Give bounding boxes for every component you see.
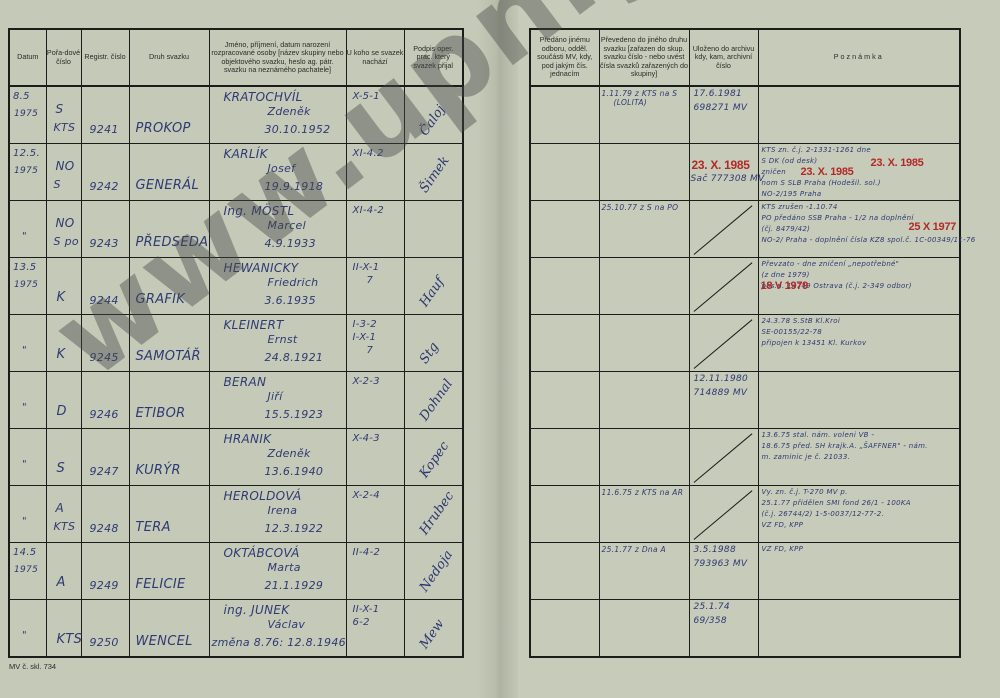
poznamka-line: (čj. 8479/42) <box>762 225 811 233</box>
poradove-value: K <box>57 290 66 305</box>
registr-value: 9242 <box>90 180 119 193</box>
prevedeno-value: 25.10.77 z S na PO <box>602 203 679 212</box>
cell-prevedeno: 11.6.75 z KTS na AR <box>599 486 689 543</box>
poradove-value: D <box>57 404 67 419</box>
cell-predano <box>530 86 599 144</box>
poznamka-line: Vy. zn. č.j. T-270 MV p. <box>762 488 848 496</box>
cell-poradove-cislo: KTS <box>46 600 81 658</box>
u-koho-value: I-3-2 <box>353 319 377 330</box>
cell-podpis: Šimek <box>404 144 463 201</box>
cell-datum: 8.51975 <box>9 86 46 144</box>
cell-predano <box>530 372 599 429</box>
u-koho-value: II-X-1 <box>353 604 380 615</box>
archive-value: 714889 MV <box>694 388 748 398</box>
druh-value: TERA <box>136 520 171 535</box>
cell-podpis: Čaloj <box>404 86 463 144</box>
signature: Šimek <box>416 154 452 196</box>
registr-value: 9244 <box>90 294 119 307</box>
archive-value: 12.11.1980 <box>694 374 749 384</box>
poradove-bottom: KTS <box>54 121 76 134</box>
signature: Nedoja <box>416 548 455 595</box>
datum-ditto: " <box>22 231 27 242</box>
cell-poradove-cislo: SKTS <box>46 86 81 144</box>
jmeno-firstname: Václav <box>268 618 306 631</box>
cell-druh-svazku: KURÝR <box>129 429 209 486</box>
registr-value: 9245 <box>90 351 119 364</box>
cell-poradove-cislo: D <box>46 372 81 429</box>
poznamka-line: 18.6.75 před. SH krajk.A. „ŠAFFNER" - ná… <box>762 442 928 450</box>
cell-predano <box>530 258 599 315</box>
poradove-value: A <box>57 575 66 590</box>
table-row: 25.10.77 z S na POKTS zrušen -1.10.74PO … <box>530 201 960 258</box>
cell-druh-svazku: GRAFIK <box>129 258 209 315</box>
cell-predano <box>530 486 599 543</box>
cell-datum: " <box>9 486 46 543</box>
jmeno-surname: KRATOCHVÍL <box>224 90 303 104</box>
poradove-bottom: KTS <box>54 520 76 533</box>
cell-druh-svazku: WENCEL <box>129 600 209 658</box>
poznamka-line: PO předáno SSB Praha - 1/2 na doplnění <box>762 214 914 222</box>
table-row: 11.6.75 z KTS na ARVy. zn. č.j. T-270 MV… <box>530 486 960 543</box>
archive-value: 17.6.1981 <box>694 89 743 99</box>
cell-datum: " <box>9 201 46 258</box>
cell-u-koho: XI-4.2 <box>346 144 404 201</box>
cell-poznamka: VZ FD, KPP <box>758 543 960 600</box>
jmeno-surname: KLEINERT <box>224 318 284 332</box>
u-koho-value: XI-4-2 <box>353 205 385 216</box>
cell-datum: 12.5.1975 <box>9 144 46 201</box>
druh-value: ETIBOR <box>136 406 186 421</box>
poznamka-line: (z dne 1979) <box>762 271 810 279</box>
poradove-bottom: S <box>54 178 61 191</box>
cell-u-koho: X-4-3 <box>346 429 404 486</box>
u-koho-value: II-X-1 <box>353 262 380 273</box>
col-header-podpis: Podpis oper. prac. který svazek přijal <box>404 29 463 86</box>
cell-u-koho: X-5-1 <box>346 86 404 144</box>
poznamka-line: KTS zn. č.j. 2-1331-1261 dne <box>762 146 872 154</box>
jmeno-firstname: Zdeněk <box>268 105 311 118</box>
jmeno-birthdate: změna 8.76: 12.8.1946 <box>212 636 346 649</box>
cell-predano <box>530 201 599 258</box>
u-koho-value: XI-4.2 <box>353 148 384 159</box>
cell-podpis: Stg <box>404 315 463 372</box>
col-header-prevedeno: Převedeno do jiného druhu svazku [zařaze… <box>599 29 689 86</box>
cell-registr-cislo: 9249 <box>81 543 129 600</box>
registr-value: 9248 <box>90 522 119 535</box>
jmeno-birthdate: 30.10.1952 <box>265 123 331 136</box>
datum-ditto: " <box>22 630 27 641</box>
cell-druh-svazku: PŘEDSEDA <box>129 201 209 258</box>
poradove-top: NO <box>56 216 75 230</box>
druh-value: FELICIE <box>136 577 186 592</box>
jmeno-firstname: Friedrich <box>268 276 319 289</box>
jmeno-surname: HRANIK <box>224 432 272 446</box>
cell-u-koho: II-4-2 <box>346 543 404 600</box>
received-date-stamp: 25 X 1977 <box>909 221 956 233</box>
u-koho-value: X-2-4 <box>353 490 380 501</box>
cell-podpis: Kopec <box>404 429 463 486</box>
jmeno-birthdate: 19.9.1918 <box>265 180 324 193</box>
cell-prevedeno <box>599 372 689 429</box>
cell-registr-cislo: 9246 <box>81 372 129 429</box>
cell-registr-cislo: 9241 <box>81 86 129 144</box>
druh-value: GRAFIK <box>136 292 186 307</box>
cell-jmeno: KRATOCHVÍLZdeněk30.10.1952 <box>209 86 346 144</box>
cell-prevedeno <box>599 258 689 315</box>
u-koho-value: 7 <box>367 345 374 356</box>
col-header-poradove-cislo: Pořa-dové číslo <box>46 29 81 86</box>
jmeno-birthdate: 21.1.1929 <box>265 579 324 592</box>
cell-ulozeno <box>689 258 758 315</box>
cell-u-koho: X-2-4 <box>346 486 404 543</box>
jmeno-birthdate: 4.9.1933 <box>265 237 316 250</box>
jmeno-surname: HEWANICKY <box>224 261 299 275</box>
signature: Dohnal <box>416 377 455 424</box>
strike-slash <box>693 262 752 312</box>
table-row: "AKTS9248TERAHEROLDOVÁIrena12.3.1922X-2-… <box>9 486 463 543</box>
poradove-bottom: S po <box>54 235 79 248</box>
cell-poradove-cislo: AKTS <box>46 486 81 543</box>
cell-ulozeno: 25.1.7469/358 <box>689 600 758 658</box>
archive-value: 698271 MV <box>694 103 748 113</box>
cell-podpis: Dohnal <box>404 372 463 429</box>
datum-year: 1975 <box>14 166 38 176</box>
table-row: 1.11.79 z KTS na S(LOLITA)17.6.198169827… <box>530 86 960 144</box>
poznamka-line: (č.j. 26744/2) 1-5-0037/12-77-2. <box>762 510 885 518</box>
cell-ulozeno <box>689 315 758 372</box>
table-row: 12.5.1975NOS9242GENERÁLKARLÍKJosef19.9.1… <box>9 144 463 201</box>
form-code: MV č. skl. 734 <box>9 662 56 671</box>
cell-jmeno: Ing. MÖSTLMarcel4.9.1933 <box>209 201 346 258</box>
cell-ulozeno <box>689 201 758 258</box>
table-row: "D9246ETIBORBERANJiří15.5.1923X-2-3Dohna… <box>9 372 463 429</box>
table-row: "NOS po9243PŘEDSEDAIng. MÖSTLMarcel4.9.1… <box>9 201 463 258</box>
druh-value: WENCEL <box>136 634 193 649</box>
druh-value: KURÝR <box>136 463 181 478</box>
registr-value: 9250 <box>90 636 119 649</box>
datum-ditto: " <box>22 516 27 527</box>
poradove-top: A <box>56 501 65 515</box>
datum-ditto: " <box>22 345 27 356</box>
poznamka-line: NO-2/ Praha - doplnění čísla KZ8 spol.č.… <box>762 236 976 244</box>
received-date-stamp: 18 V 1979 <box>761 280 808 292</box>
jmeno-birthdate: 12.3.1922 <box>265 522 324 535</box>
signature: Hrubec <box>416 489 457 538</box>
registry-table-right: Předáno jinému odboru, odděl. součásti M… <box>529 28 961 658</box>
table-row: 13.51975K9244GRAFIKHEWANICKYFriedrich3.6… <box>9 258 463 315</box>
jmeno-firstname: Josef <box>268 162 296 175</box>
prevedeno-value: 11.6.75 z KTS na AR <box>602 488 684 497</box>
cell-podpis <box>404 201 463 258</box>
poznamka-line: VZ FD, KPP <box>762 521 804 529</box>
poznamka-footer: NO-2/195 Praha <box>762 190 822 198</box>
cell-jmeno: OKTÁBCOVÁMarta21.1.1929 <box>209 543 346 600</box>
cell-u-koho: II-X-17 <box>346 258 404 315</box>
cell-predano <box>530 429 599 486</box>
cell-podpis: Hrubec <box>404 486 463 543</box>
poznamka-line: 24.3.78 S.StB Kl.Kroi <box>762 317 841 325</box>
col-header-druh-svazku: Druh svazku <box>129 29 209 86</box>
cell-poznamka: 13.6.75 stal. nám. voleni VB -18.6.75 př… <box>758 429 960 486</box>
cell-druh-svazku: TERA <box>129 486 209 543</box>
jmeno-surname: ing. JUNEK <box>224 603 290 617</box>
table-row: 24.3.78 S.StB Kl.KroiSE-00155/22-78připo… <box>530 315 960 372</box>
cell-druh-svazku: GENERÁL <box>129 144 209 201</box>
cell-ulozeno <box>689 486 758 543</box>
cell-datum: 13.51975 <box>9 258 46 315</box>
poradove-top: S <box>56 102 64 116</box>
cell-poznamka <box>758 86 960 144</box>
cell-prevedeno <box>599 144 689 201</box>
u-koho-value: X-2-3 <box>353 376 380 387</box>
cell-datum: " <box>9 429 46 486</box>
jmeno-surname: HEROLDOVÁ <box>224 489 302 503</box>
cell-ulozeno: 17.6.1981698271 MV <box>689 86 758 144</box>
jmeno-firstname: Ernst <box>268 333 298 346</box>
jmeno-firstname: Jiří <box>268 390 283 403</box>
cell-podpis: Nedoja <box>404 543 463 600</box>
cell-poznamka: Převzato - dne zničení „nepotřebné"(z dn… <box>758 258 960 315</box>
table-row: "S9247KURÝRHRANIKZdeněk13.6.1940X-4-3Kop… <box>9 429 463 486</box>
cell-poradove-cislo: K <box>46 315 81 372</box>
poznamka-line: 25.1.77 přidělen SMI fond 26/1 - 100KA <box>762 499 911 507</box>
jmeno-firstname: Marcel <box>268 219 306 232</box>
col-header-predano: Předáno jinému odboru, odděl. součásti M… <box>530 29 599 86</box>
cell-poznamka: 24.3.78 S.StB Kl.KroiSE-00155/22-78připo… <box>758 315 960 372</box>
registr-value: 9247 <box>90 465 119 478</box>
cell-prevedeno <box>599 315 689 372</box>
poradove-value: KTS <box>57 632 83 647</box>
u-koho-value: X-4-3 <box>353 433 380 444</box>
u-koho-value: 7 <box>367 275 374 286</box>
cell-poradove-cislo: NOS po <box>46 201 81 258</box>
table-row: 23. X. 1985Sač 777308 MVKTS zn. č.j. 2-1… <box>530 144 960 201</box>
table-row: 8.51975SKTS9241PROKOPKRATOCHVÍLZdeněk30.… <box>9 86 463 144</box>
cell-poznamka <box>758 372 960 429</box>
u-koho-value: X-5-1 <box>353 91 380 102</box>
datum-day: 14.5 <box>13 547 36 558</box>
poznamka-line: VZ FD, KPP <box>762 545 804 553</box>
table-row: "K9245SAMOTÁŘKLEINERTErnst24.8.1921I-3-2… <box>9 315 463 372</box>
jmeno-surname: Ing. MÖSTL <box>224 204 295 218</box>
poradove-top: NO <box>56 159 75 173</box>
cell-u-koho: XI-4-2 <box>346 201 404 258</box>
poznamka-line: 13.6.75 stal. nám. voleni VB - <box>762 431 875 439</box>
book-gutter <box>478 0 518 698</box>
jmeno-birthdate: 15.5.1923 <box>265 408 324 421</box>
jmeno-surname: BERAN <box>224 375 267 389</box>
cell-registr-cislo: 9245 <box>81 315 129 372</box>
cell-predano <box>530 315 599 372</box>
cell-jmeno: HEROLDOVÁIrena12.3.1922 <box>209 486 346 543</box>
cell-druh-svazku: SAMOTÁŘ <box>129 315 209 372</box>
prevedeno-value: (LOLITA) <box>614 98 648 107</box>
strike-slash <box>693 490 752 540</box>
druh-value: PROKOP <box>136 121 191 136</box>
cell-datum: " <box>9 600 46 658</box>
header-row: Datum Pořa-dové číslo Registr. číslo Dru… <box>9 29 463 86</box>
registr-value: 9246 <box>90 408 119 421</box>
cell-ulozeno: 3.5.1988793963 MV <box>689 543 758 600</box>
table-row: "KTS9250WENCELing. JUNEKVáclavzměna 8.76… <box>9 600 463 658</box>
cell-registr-cislo: 9244 <box>81 258 129 315</box>
table-row: 25.1.7469/358 <box>530 600 960 658</box>
poradove-value: S <box>57 461 66 476</box>
cell-jmeno: HEWANICKYFriedrich3.6.1935 <box>209 258 346 315</box>
cell-predano <box>530 144 599 201</box>
cell-poznamka: Vy. zn. č.j. T-270 MV p.25.1.77 přidělen… <box>758 486 960 543</box>
datum-day: 12.5. <box>13 148 40 159</box>
cell-jmeno: BERANJiří15.5.1923 <box>209 372 346 429</box>
cell-poradove-cislo: A <box>46 543 81 600</box>
cell-prevedeno: 25.1.77 z Dna A <box>599 543 689 600</box>
u-koho-value: I-X-1 <box>353 332 377 343</box>
u-koho-value: II-4-2 <box>353 547 381 558</box>
cell-prevedeno: 1.11.79 z KTS na S(LOLITA) <box>599 86 689 144</box>
cell-datum: 14.51975 <box>9 543 46 600</box>
cell-druh-svazku: PROKOP <box>129 86 209 144</box>
cell-poznamka: KTS zrušen -1.10.74PO předáno SSB Praha … <box>758 201 960 258</box>
table-row: 14.51975A9249FELICIEOKTÁBCOVÁMarta21.1.1… <box>9 543 463 600</box>
jmeno-birthdate: 13.6.1940 <box>265 465 324 478</box>
jmeno-birthdate: 24.8.1921 <box>265 351 324 364</box>
cell-druh-svazku: ETIBOR <box>129 372 209 429</box>
cell-podpis: Mew <box>404 600 463 658</box>
registr-value: 9241 <box>90 123 119 136</box>
cell-predano <box>530 543 599 600</box>
cell-predano <box>530 600 599 658</box>
u-koho-value: 6-2 <box>353 617 370 628</box>
cell-registr-cislo: 9248 <box>81 486 129 543</box>
archive-number: Sač 777308 MV <box>691 174 765 184</box>
strike-slash <box>693 205 752 255</box>
datum-ditto: " <box>22 459 27 470</box>
table-row: Převzato - dne zničení „nepotřebné"(z dn… <box>530 258 960 315</box>
poznamka-line: SE-00155/22-78 <box>762 328 823 336</box>
archive-value: 25.1.74 <box>694 602 730 612</box>
datum-ditto: " <box>22 402 27 413</box>
archive-value: 69/358 <box>694 616 727 626</box>
cell-u-koho: II-X-16-2 <box>346 600 404 658</box>
col-header-poznamka: Poznámka <box>758 29 960 86</box>
cell-poznamka <box>758 600 960 658</box>
col-header-u-koho: U koho se svazek nachází <box>346 29 404 86</box>
cell-ulozeno <box>689 429 758 486</box>
cell-u-koho: I-3-2I-X-17 <box>346 315 404 372</box>
signature: Kopec <box>416 439 452 481</box>
poznamka-line: Převzato - dne zničení „nepotřebné" <box>762 260 900 268</box>
archive-value: 3.5.1988 <box>694 545 736 555</box>
cell-poznamka: KTS zn. č.j. 2-1331-1261 dneS DK (od des… <box>758 144 960 201</box>
signature: Mew <box>416 617 447 652</box>
cell-jmeno: HRANIKZdeněk13.6.1940 <box>209 429 346 486</box>
cell-prevedeno: 25.10.77 z S na PO <box>599 201 689 258</box>
cell-jmeno: KARLÍKJosef19.9.1918 <box>209 144 346 201</box>
prevedeno-value: 25.1.77 z Dna A <box>602 545 666 554</box>
jmeno-surname: KARLÍK <box>224 147 268 161</box>
strike-slash <box>693 319 752 369</box>
table-row: 12.11.1980714889 MV <box>530 372 960 429</box>
archive-date-stamp: 23. X. 1985 <box>692 158 750 172</box>
druh-value: PŘEDSEDA <box>136 235 209 250</box>
received-date-stamp: 23. X. 1985 <box>801 166 854 178</box>
signature: Stg <box>416 340 441 367</box>
archive-value: 793963 MV <box>694 559 748 569</box>
datum-year: 1975 <box>14 280 38 290</box>
druh-value: GENERÁL <box>136 178 200 193</box>
datum-day: 13.5 <box>13 262 36 273</box>
table-row: 13.6.75 stal. nám. voleni VB -18.6.75 př… <box>530 429 960 486</box>
datum-year: 1975 <box>14 565 38 575</box>
jmeno-birthdate: 3.6.1935 <box>265 294 316 307</box>
cell-poradove-cislo: K <box>46 258 81 315</box>
cell-ulozeno: 23. X. 1985Sač 777308 MV <box>689 144 758 201</box>
cell-datum: " <box>9 372 46 429</box>
received-date-stamp: 23. X. 1985 <box>871 157 924 169</box>
cell-u-koho: X-2-3 <box>346 372 404 429</box>
cell-druh-svazku: FELICIE <box>129 543 209 600</box>
cell-jmeno: KLEINERTErnst24.8.1921 <box>209 315 346 372</box>
cell-poradove-cislo: S <box>46 429 81 486</box>
col-header-jmeno: Jméno, příjmení, datum narození rozpraco… <box>209 29 346 86</box>
prevedeno-value: 1.11.79 z KTS na S <box>602 89 678 98</box>
poznamka-line: KTS zrušen -1.10.74 <box>762 203 838 211</box>
poznamka-line: m. zaminic je č. 21033. <box>762 453 851 461</box>
datum-day: 8.5 <box>13 91 30 102</box>
registry-table-left: Datum Pořa-dové číslo Registr. číslo Dru… <box>8 28 464 658</box>
cell-ulozeno: 12.11.1980714889 MV <box>689 372 758 429</box>
cell-registr-cislo: 9247 <box>81 429 129 486</box>
strike-slash <box>693 433 752 483</box>
header-row: Předáno jinému odboru, odděl. součásti M… <box>530 29 960 86</box>
poznamka-line: zničen <box>762 168 786 176</box>
cell-prevedeno <box>599 600 689 658</box>
cell-podpis: Hauf <box>404 258 463 315</box>
col-header-registr-cislo: Registr. číslo <box>81 29 129 86</box>
cell-registr-cislo: 9250 <box>81 600 129 658</box>
registr-value: 9243 <box>90 237 119 250</box>
poznamka-line: nom S SLB Praha (Hodešil. sol.) <box>762 179 881 187</box>
cell-registr-cislo: 9243 <box>81 201 129 258</box>
jmeno-firstname: Zdeněk <box>268 447 311 460</box>
jmeno-firstname: Marta <box>268 561 301 574</box>
cell-prevedeno <box>599 429 689 486</box>
datum-year: 1975 <box>14 109 38 119</box>
table-row: 25.1.77 z Dna A3.5.1988793963 MVVZ FD, K… <box>530 543 960 600</box>
druh-value: SAMOTÁŘ <box>136 349 201 364</box>
cell-datum: " <box>9 315 46 372</box>
col-header-ulozeno: Uloženo do archivu kdy, kam, archivní čí… <box>689 29 758 86</box>
cell-registr-cislo: 9242 <box>81 144 129 201</box>
cell-jmeno: ing. JUNEKVáclavzměna 8.76: 12.8.1946 <box>209 600 346 658</box>
cell-poradove-cislo: NOS <box>46 144 81 201</box>
signature: Čaloj <box>416 103 448 139</box>
signature: Hauf <box>416 275 447 310</box>
col-header-datum: Datum <box>9 29 46 86</box>
registr-value: 9249 <box>90 579 119 592</box>
jmeno-surname: OKTÁBCOVÁ <box>224 546 300 560</box>
jmeno-firstname: Irena <box>268 504 298 517</box>
poznamka-line: S DK (od desk) <box>762 157 818 165</box>
poznamka-line: připojen k 13451 Kl. Kurkov <box>762 339 867 347</box>
poradove-value: K <box>57 347 66 362</box>
